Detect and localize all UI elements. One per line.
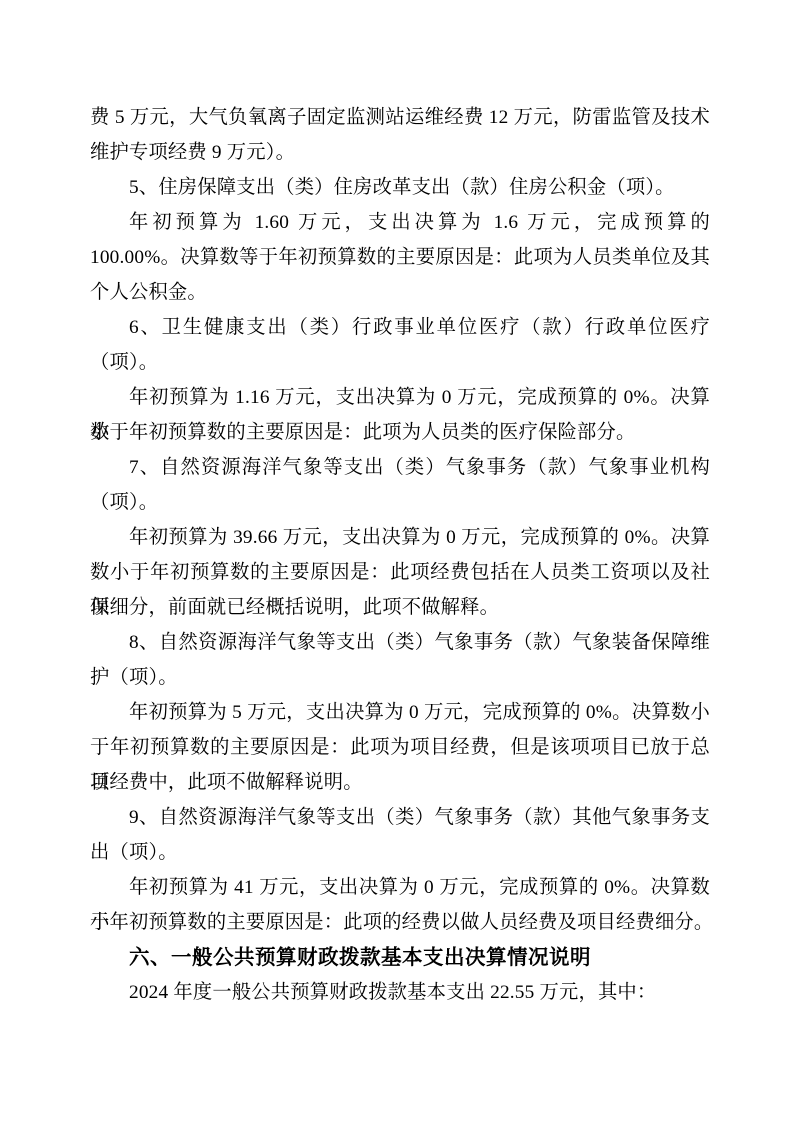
text-line: 护（项）。 <box>90 660 710 695</box>
text-line: 年初预算为 5 万元，支出决算为 0 万元，完成预算的 0%。决算数小 <box>90 695 710 730</box>
text-line: 于年初预算数的主要原因是：此项的经费以做人员经费及项目经费细分。 <box>90 905 710 940</box>
text-line: 于年初预算数的主要原因是：此项为项目经费，但是该项项目已放于总项 <box>90 730 710 765</box>
text-line: 100.00%。决算数等于年初预算数的主要原因是：此项为人员类单位及其 <box>90 240 710 275</box>
text-line: 维护专项经费 9 万元）。 <box>90 135 710 170</box>
text-line: 2024 年度一般公共预算财政拨款基本支出 22.55 万元，其中： <box>90 975 710 1010</box>
text-line: 费 5 万元，大气负氧离子固定监测站运维经费 12 万元，防雷监管及技术 <box>90 100 710 135</box>
text-line: 8、自然资源海洋气象等支出（类）气象事务（款）气象装备保障维 <box>90 625 710 660</box>
text-line: 个人公积金。 <box>90 275 710 310</box>
text-line: 7、自然资源海洋气象等支出（类）气象事务（款）气象事业机构 <box>90 450 710 485</box>
text-line: 年初预算为 1.60 万元，支出决算为 1.6 万元，完成预算的 <box>90 205 710 240</box>
text-line: 年初预算为 41 万元，支出决算为 0 万元，完成预算的 0%。决算数小 <box>90 870 710 905</box>
text-line: （项）。 <box>90 345 710 380</box>
section-heading: 六、一般公共预算财政拨款基本支出决算情况说明 <box>90 940 710 975</box>
text-line: 5、住房保障支出（类）住房改革支出（款）住房公积金（项）。 <box>90 170 710 205</box>
document-page: 费 5 万元，大气负氧离子固定监测站运维经费 12 万元，防雷监管及技术维护专项… <box>0 0 793 1122</box>
text-line: 数小于年初预算数的主要原因是：此项经费包括在人员类工资项以及社保 <box>90 555 710 590</box>
text-line: 6、卫生健康支出（类）行政事业单位医疗（款）行政单位医疗 <box>90 310 710 345</box>
text-line: 出（项）。 <box>90 835 710 870</box>
text-line: 9、自然资源海洋气象等支出（类）气象事务（款）其他气象事务支 <box>90 800 710 835</box>
document-body: 费 5 万元，大气负氧离子固定监测站运维经费 12 万元，防雷监管及技术维护专项… <box>90 100 710 1010</box>
text-line: 目经费中，此项不做解释说明。 <box>90 765 710 800</box>
text-line: 年初预算为 1.16 万元，支出决算为 0 万元，完成预算的 0%。决算数 <box>90 380 710 415</box>
text-line: （项）。 <box>90 485 710 520</box>
text-line: 小于年初预算数的主要原因是：此项为人员类的医疗保险部分。 <box>90 415 710 450</box>
text-line: 年初预算为 39.66 万元，支出决算为 0 万元，完成预算的 0%。决算 <box>90 520 710 555</box>
text-line: 项细分，前面就已经概括说明，此项不做解释。 <box>90 590 710 625</box>
